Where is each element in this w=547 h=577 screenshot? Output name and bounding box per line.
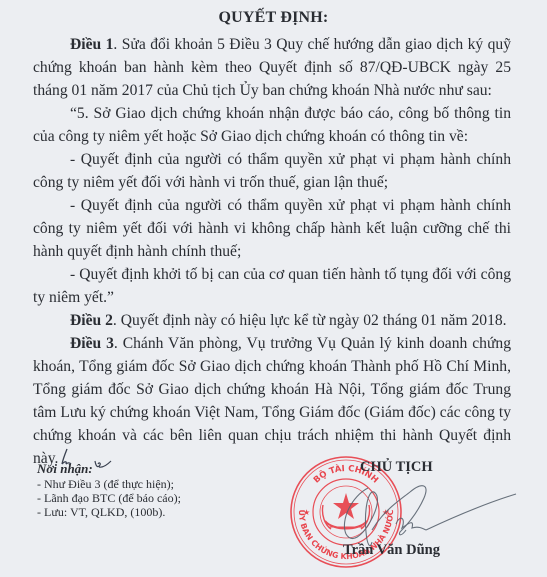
recipient-item: - Lưu: VT, QLKD, (100b).: [37, 505, 181, 519]
amendment-item: - Quyết định của người có thẩm quyền xử …: [33, 194, 511, 263]
document-body: Điều 1. Sửa đổi khoản 5 Điều 3 Quy chế h…: [33, 33, 511, 470]
signatory-name: Trần Văn Dũng: [343, 542, 440, 559]
amendment-intro: “5. Sở Giao dịch chứng khoán nhận được b…: [33, 102, 511, 148]
article-2: Điều 2. Quyết định này có hiệu lực kể từ…: [33, 309, 511, 332]
amendment-item: - Quyết định của người có thẩm quyền xử …: [33, 148, 511, 194]
article-1: Điều 1. Sửa đổi khoản 5 Điều 3 Quy chế h…: [33, 33, 511, 102]
recipient-item: - Như Điều 3 (để thực hiện);: [37, 477, 181, 491]
document-title: QUYẾT ĐỊNH:: [0, 9, 547, 27]
article-2-label: Điều 2: [70, 312, 113, 329]
article-3-label: Điều 3: [70, 335, 114, 352]
recipient-item: - Lãnh đạo BTC (để báo cáo);: [37, 491, 181, 505]
article-2-text: . Quyết định này có hiệu lực kể từ ngày …: [113, 312, 507, 329]
article-1-label: Điều 1: [70, 36, 113, 53]
recipients-heading: Nơi nhận:: [37, 459, 181, 477]
amendment-item: - Quyết định khởi tố bị can của cơ quan …: [33, 263, 511, 309]
recipients-block: Nơi nhận: - Như Điều 3 (để thực hiện); -…: [37, 459, 181, 519]
article-3: Điều 3. Chánh Văn phòng, Vụ trưởng Vụ Qu…: [33, 332, 511, 470]
document-page: QUYẾT ĐỊNH: Điều 1. Sửa đổi khoản 5 Điều…: [0, 0, 547, 577]
recipients-heading-text: Nơi nhận:: [37, 461, 93, 476]
article-3-text: . Chánh Văn phòng, Vụ trưởng Vụ Quản lý …: [33, 335, 511, 467]
initials-mark-icon: [93, 459, 113, 471]
svg-text:★: ★: [303, 508, 310, 517]
